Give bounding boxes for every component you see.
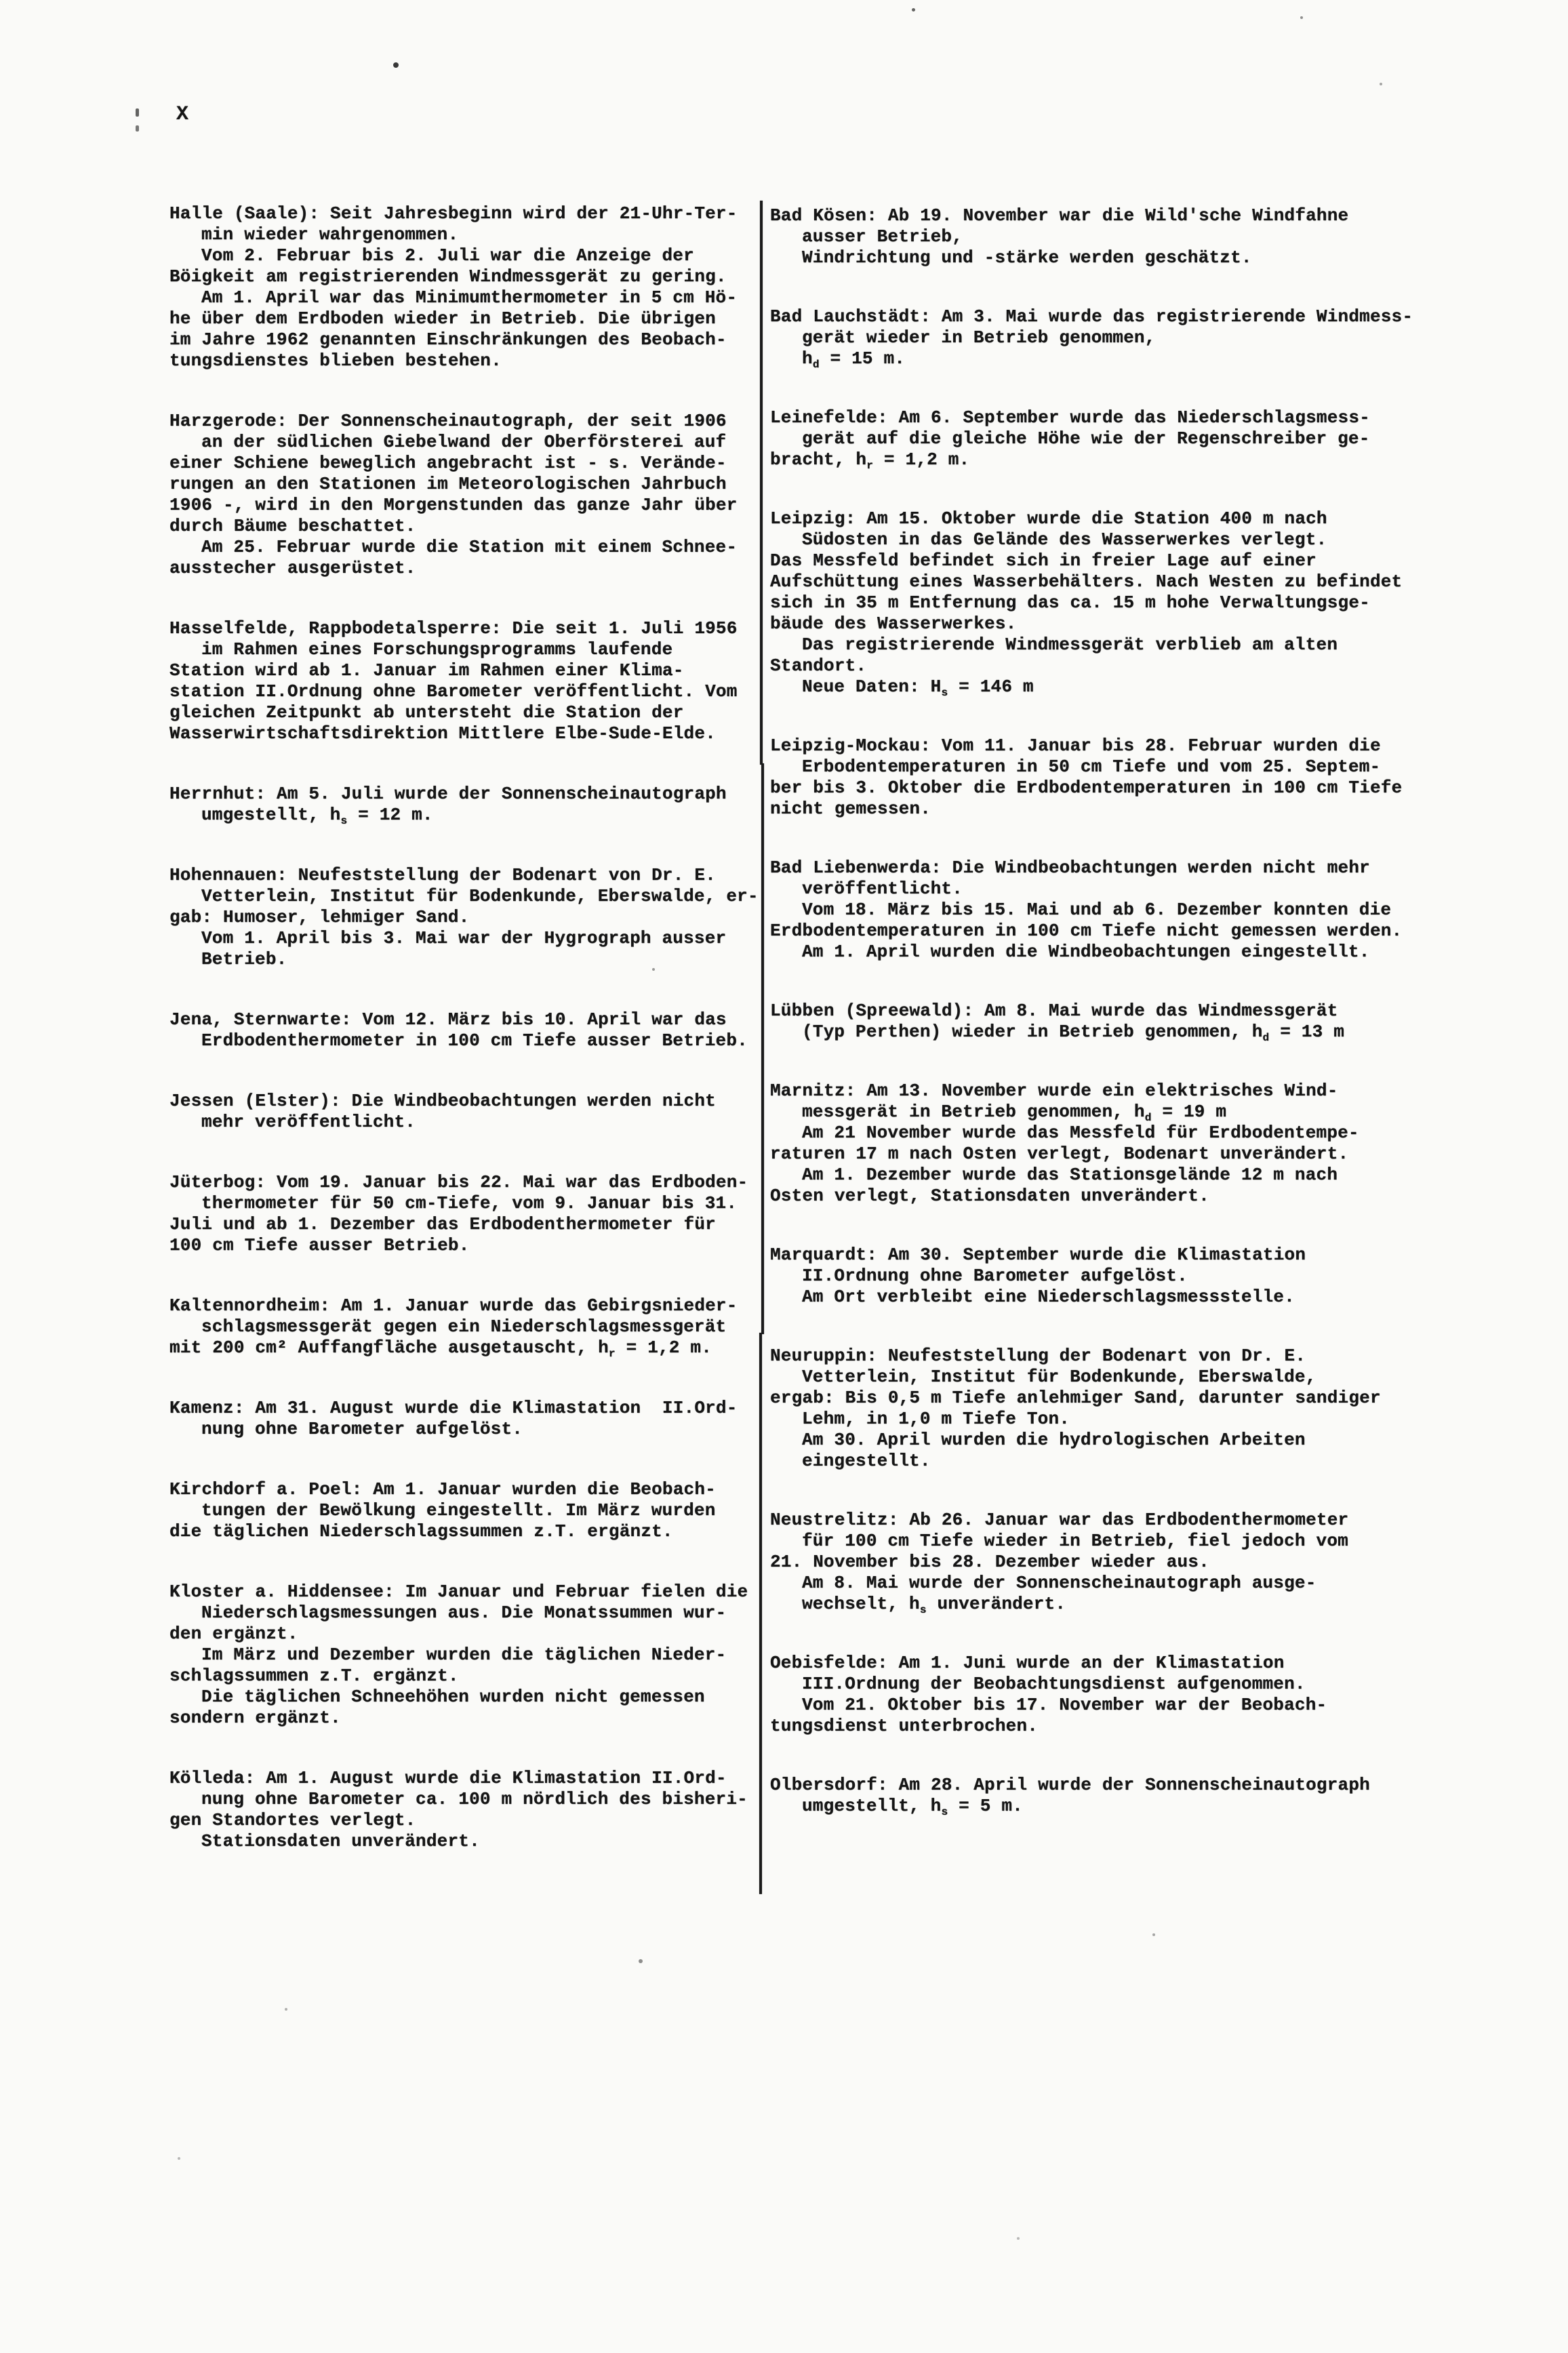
entry-line: Osten verlegt, Stationsdaten unverändert… bbox=[770, 1186, 1482, 1207]
entry-line: Das Messfeld befindet sich in freier Lag… bbox=[770, 550, 1482, 571]
entry-line: Leinefelde: Am 6. September wurde das Ni… bbox=[770, 407, 1482, 428]
entry-line: umgestellt, hs = 12 m. bbox=[169, 805, 766, 826]
scanned-page: X Halle (Saale): Seit Jahresbeginn wird … bbox=[0, 0, 1568, 2353]
entry-line: sondern ergänzt. bbox=[169, 1708, 766, 1729]
scan-speck bbox=[912, 8, 915, 12]
station-entry-marnitz: Marnitz: Am 13. November wurde ein elekt… bbox=[770, 1081, 1482, 1207]
entry-line: Am 21 November wurde das Messfeld für Er… bbox=[770, 1123, 1482, 1144]
entry-line: an der südlichen Giebelwand der Oberförs… bbox=[169, 432, 766, 453]
entry-line: gerät wieder in Betrieb genommen, bbox=[770, 327, 1482, 348]
station-entry-hohennauen: Hohennauen: Neufeststellung der Bodenart… bbox=[169, 865, 766, 970]
entry-line: Leipzig: Am 15. Oktober wurde die Statio… bbox=[770, 508, 1482, 529]
column-divider-line bbox=[760, 201, 763, 765]
entry-line: thermometer für 50 cm-Tiefe, vom 9. Janu… bbox=[169, 1193, 766, 1214]
entry-line: Die täglichen Schneehöhen wurden nicht g… bbox=[169, 1687, 766, 1708]
entry-line: Lehm, in 1,0 m Tiefe Ton. bbox=[770, 1409, 1482, 1430]
entry-line: Das registrierende Windmessgerät verblie… bbox=[770, 635, 1482, 656]
entry-line: durch Bäume beschattet. bbox=[169, 516, 766, 537]
entry-line: nung ohne Barometer ca. 100 m nördlich d… bbox=[169, 1789, 766, 1810]
entry-line: Erdbodentemperaturen in 100 cm Tiefe nic… bbox=[770, 921, 1482, 942]
entry-line: Am 25. Februar wurde die Station mit ein… bbox=[169, 537, 766, 558]
entry-line: schlagsmessgerät gegen ein Niederschlags… bbox=[169, 1316, 766, 1338]
station-entry-leinefelde: Leinefelde: Am 6. September wurde das Ni… bbox=[770, 407, 1482, 470]
entry-line: tungsdienstes blieben bestehen. bbox=[169, 350, 766, 371]
entry-line: messgerät in Betrieb genommen, hd = 19 m bbox=[770, 1102, 1482, 1123]
entry-line: nicht gemessen. bbox=[770, 799, 1482, 820]
entry-line: Marnitz: Am 13. November wurde ein elekt… bbox=[770, 1081, 1482, 1102]
entry-line: Bad Liebenwerda: Die Windbeobachtungen w… bbox=[770, 858, 1482, 879]
entry-line: im Jahre 1962 genannten Einschränkungen … bbox=[169, 329, 766, 350]
station-entry-neustrelitz: Neustrelitz: Ab 26. Januar war das Erdbo… bbox=[770, 1510, 1482, 1615]
entry-line: veröffentlicht. bbox=[770, 879, 1482, 900]
station-entry-k-lleda: Kölleda: Am 1. August wurde die Klimasta… bbox=[169, 1768, 766, 1852]
station-entry-bad-k-sen: Bad Kösen: Ab 19. November war die Wild'… bbox=[770, 205, 1482, 268]
entry-line: Am 8. Mai wurde der Sonnenscheinautograp… bbox=[770, 1573, 1482, 1594]
entry-line: ausser Betrieb, bbox=[770, 226, 1482, 247]
scan-speck bbox=[136, 108, 139, 117]
scan-speck bbox=[285, 2008, 287, 2011]
entry-line: hd = 15 m. bbox=[770, 348, 1482, 369]
entry-line: Leipzig-Mockau: Vom 11. Januar bis 28. F… bbox=[770, 736, 1482, 757]
entry-line: rungen an den Stationen im Meteorologisc… bbox=[169, 474, 766, 495]
station-entry-marquardt: Marquardt: Am 30. September wurde die Kl… bbox=[770, 1245, 1482, 1308]
entry-line: Harzgerode: Der Sonnenscheinautograph, d… bbox=[169, 411, 766, 432]
entry-line: Bad Kösen: Ab 19. November war die Wild'… bbox=[770, 205, 1482, 226]
entry-line: tungsdienst unterbrochen. bbox=[770, 1716, 1482, 1737]
entry-line: einer Schiene beweglich angebracht ist -… bbox=[169, 453, 766, 474]
entry-line: Am 30. April wurden die hydrologischen A… bbox=[770, 1430, 1482, 1451]
entry-line: 1906 -, wird in den Morgenstunden das ga… bbox=[169, 495, 766, 516]
station-entry-kamenz: Kamenz: Am 31. August wurde die Klimasta… bbox=[169, 1398, 766, 1440]
station-entry-hasselfelde-rappbodetalsperre: Hasselfelde, Rappbodetalsperre: Die seit… bbox=[169, 618, 766, 744]
column-divider-line bbox=[761, 763, 764, 1334]
scan-speck bbox=[841, 235, 843, 238]
entry-line: mit 200 cm² Auffangfläche ausgetauscht, … bbox=[169, 1338, 766, 1359]
entry-line: Kaltennordheim: Am 1. Januar wurde das G… bbox=[169, 1295, 766, 1316]
entry-line: ergab: Bis 0,5 m Tiefe anlehmiger Sand, … bbox=[770, 1388, 1482, 1409]
entry-line: die täglichen Niederschlagssummen z.T. e… bbox=[169, 1521, 766, 1542]
entry-line: ber bis 3. Oktober die Erdbodentemperatu… bbox=[770, 778, 1482, 799]
station-entry-neuruppin: Neuruppin: Neufeststellung der Bodenart … bbox=[770, 1346, 1482, 1472]
entry-line: gerät auf die gleiche Höhe wie der Regen… bbox=[770, 428, 1482, 449]
station-entry-leipzig: Leipzig: Am 15. Oktober wurde die Statio… bbox=[770, 508, 1482, 698]
scan-speck bbox=[1300, 16, 1303, 19]
entry-line: tungen der Bewölkung eingestellt. Im Mär… bbox=[169, 1500, 766, 1521]
station-entry-bad-lauchst-dt: Bad Lauchstädt: Am 3. Mai wurde das regi… bbox=[770, 306, 1482, 369]
entry-line: Jena, Sternwarte: Vom 12. März bis 10. A… bbox=[169, 1009, 766, 1030]
entry-line: Böigkeit am registrierenden Windmessgerä… bbox=[169, 266, 766, 287]
station-entry-kloster-a-hiddensee: Kloster a. Hiddensee: Im Januar und Febr… bbox=[169, 1582, 766, 1729]
entry-line: he über dem Erdboden wieder in Betrieb. … bbox=[169, 308, 766, 329]
entry-line: Halle (Saale): Seit Jahresbeginn wird de… bbox=[169, 203, 766, 224]
scan-speck bbox=[136, 125, 139, 132]
station-entry-kaltennordheim: Kaltennordheim: Am 1. Januar wurde das G… bbox=[169, 1295, 766, 1359]
scan-speck bbox=[393, 62, 399, 68]
right-column: Bad Kösen: Ab 19. November war die Wild'… bbox=[770, 205, 1482, 1855]
page-number: X bbox=[176, 103, 188, 126]
entry-line: station II.Ordnung ohne Barometer veröff… bbox=[169, 681, 766, 702]
station-entry-j-terbog: Jüterbog: Vom 19. Januar bis 22. Mai war… bbox=[169, 1172, 766, 1256]
entry-line: Kloster a. Hiddensee: Im Januar und Febr… bbox=[169, 1582, 766, 1603]
scan-speck bbox=[1152, 1933, 1155, 1936]
entry-line: Vom 21. Oktober bis 17. November war der… bbox=[770, 1695, 1482, 1716]
entry-line: Im März und Dezember wurden die tägliche… bbox=[169, 1645, 766, 1666]
entry-line: umgestellt, hs = 5 m. bbox=[770, 1796, 1482, 1817]
entry-line: Am 1. April wurden die Windbeobachtungen… bbox=[770, 942, 1482, 963]
station-entry-leipzig-mockau: Leipzig-Mockau: Vom 11. Januar bis 28. F… bbox=[770, 736, 1482, 820]
entry-line: Neuruppin: Neufeststellung der Bodenart … bbox=[770, 1346, 1482, 1367]
left-column: Halle (Saale): Seit Jahresbeginn wird de… bbox=[169, 203, 766, 1891]
entry-line: min wieder wahrgenommen. bbox=[169, 224, 766, 245]
entry-line: Neustrelitz: Ab 26. Januar war das Erdbo… bbox=[770, 1510, 1482, 1531]
entry-line: 21. November bis 28. Dezember wieder aus… bbox=[770, 1552, 1482, 1573]
entry-line: Vom 18. März bis 15. Mai und ab 6. Dezem… bbox=[770, 900, 1482, 921]
station-entry-jena-sternwarte: Jena, Sternwarte: Vom 12. März bis 10. A… bbox=[169, 1009, 766, 1051]
entry-line: Herrnhut: Am 5. Juli wurde der Sonnensch… bbox=[169, 784, 766, 805]
station-entry-herrnhut: Herrnhut: Am 5. Juli wurde der Sonnensch… bbox=[169, 784, 766, 826]
entry-line: Vetterlein, Institut für Bodenkunde, Ebe… bbox=[169, 886, 766, 907]
entry-line: sich in 35 m Entfernung das ca. 15 m hoh… bbox=[770, 592, 1482, 614]
entry-line: raturen 17 m nach Osten verlegt, Bodenar… bbox=[770, 1144, 1482, 1165]
station-entry-bad-liebenwerda: Bad Liebenwerda: Die Windbeobachtungen w… bbox=[770, 858, 1482, 963]
entry-line: Lübben (Spreewald): Am 8. Mai wurde das … bbox=[770, 1001, 1482, 1022]
station-entry-jessen-elster: Jessen (Elster): Die Windbeobachtungen w… bbox=[169, 1091, 766, 1133]
scan-speck bbox=[1380, 83, 1382, 85]
entry-line: Kirchdorf a. Poel: Am 1. Januar wurden d… bbox=[169, 1479, 766, 1500]
entry-line: Bad Lauchstädt: Am 3. Mai wurde das regi… bbox=[770, 306, 1482, 327]
entry-line: Windrichtung und -stärke werden geschätz… bbox=[770, 247, 1482, 268]
entry-line: wechselt, hs unverändert. bbox=[770, 1594, 1482, 1615]
entry-line: 100 cm Tiefe ausser Betrieb. bbox=[169, 1235, 766, 1256]
entry-line: Neue Daten: Hs = 146 m bbox=[770, 677, 1482, 698]
entry-line: Südosten in das Gelände des Wasserwerkes… bbox=[770, 529, 1482, 550]
entry-line: nung ohne Barometer aufgelöst. bbox=[169, 1419, 766, 1440]
entry-line: Kamenz: Am 31. August wurde die Klimasta… bbox=[169, 1398, 766, 1419]
entry-line: Vom 2. Februar bis 2. Juli war die Anzei… bbox=[169, 245, 766, 266]
station-entry-l-bben-spreewald: Lübben (Spreewald): Am 8. Mai wurde das … bbox=[770, 1001, 1482, 1043]
entry-line: Hohennauen: Neufeststellung der Bodenart… bbox=[169, 865, 766, 886]
entry-line: gen Standortes verlegt. bbox=[169, 1810, 766, 1831]
entry-line: III.Ordnung der Beobachtungsdienst aufge… bbox=[770, 1674, 1482, 1695]
entry-line: Olbersdorf: Am 28. April wurde der Sonne… bbox=[770, 1775, 1482, 1796]
entry-line: für 100 cm Tiefe wieder in Betrieb, fiel… bbox=[770, 1531, 1482, 1552]
entry-line: Am 1. Dezember wurde das Stationsgelände… bbox=[770, 1165, 1482, 1186]
station-entry-oebisfelde: Oebisfelde: Am 1. Juni wurde an der Klim… bbox=[770, 1653, 1482, 1737]
scan-speck bbox=[639, 1959, 643, 1963]
entry-line: schlagssummen z.T. ergänzt. bbox=[169, 1666, 766, 1687]
entry-line: Oebisfelde: Am 1. Juni wurde an der Klim… bbox=[770, 1653, 1482, 1674]
entry-line: Niederschlagsmessungen aus. Die Monatssu… bbox=[169, 1603, 766, 1624]
entry-line: Vom 1. April bis 3. Mai war der Hygrogra… bbox=[169, 928, 766, 949]
entry-line: mehr veröffentlicht. bbox=[169, 1112, 766, 1133]
entry-line: Wasserwirtschaftsdirektion Mittlere Elbe… bbox=[169, 723, 766, 744]
station-entry-kirchdorf-a-poel: Kirchdorf a. Poel: Am 1. Januar wurden d… bbox=[169, 1479, 766, 1542]
entry-line: eingestellt. bbox=[770, 1451, 1482, 1472]
column-divider-line bbox=[759, 1333, 762, 1894]
entry-line: im Rahmen eines Forschungsprogramms lauf… bbox=[169, 639, 766, 660]
entry-line: Hasselfelde, Rappbodetalsperre: Die seit… bbox=[169, 618, 766, 639]
entry-line: (Typ Perthen) wieder in Betrieb genommen… bbox=[770, 1022, 1482, 1043]
entry-line: Vetterlein, Institut für Bodenkunde, Ebe… bbox=[770, 1367, 1482, 1388]
entry-line: Kölleda: Am 1. August wurde die Klimasta… bbox=[169, 1768, 766, 1789]
entry-line: gab: Humoser, lehmiger Sand. bbox=[169, 907, 766, 928]
station-entry-halle-saale: Halle (Saale): Seit Jahresbeginn wird de… bbox=[169, 203, 766, 371]
entry-line: bracht, hr = 1,2 m. bbox=[770, 449, 1482, 470]
station-entry-harzgerode: Harzgerode: Der Sonnenscheinautograph, d… bbox=[169, 411, 766, 579]
entry-line: Station wird ab 1. Januar im Rahmen eine… bbox=[169, 660, 766, 681]
entry-line: den ergänzt. bbox=[169, 1624, 766, 1645]
entry-line: Jüterbog: Vom 19. Januar bis 22. Mai war… bbox=[169, 1172, 766, 1193]
entry-line: Am Ort verbleibt eine Niederschlagsmesss… bbox=[770, 1287, 1482, 1308]
entry-line: gleichen Zeitpunkt ab untersteht die Sta… bbox=[169, 702, 766, 723]
entry-line: Marquardt: Am 30. September wurde die Kl… bbox=[770, 1245, 1482, 1266]
scan-speck bbox=[1017, 2237, 1020, 2240]
entry-line: Erdbodenthermometer in 100 cm Tiefe auss… bbox=[169, 1030, 766, 1051]
scan-speck bbox=[178, 2157, 180, 2160]
entry-line: Jessen (Elster): Die Windbeobachtungen w… bbox=[169, 1091, 766, 1112]
entry-line: Aufschüttung eines Wasserbehälters. Nach… bbox=[770, 571, 1482, 592]
entry-line: Juli und ab 1. Dezember das Erdbodenther… bbox=[169, 1214, 766, 1235]
entry-line: Erbodentemperaturen in 50 cm Tiefe und v… bbox=[770, 757, 1482, 778]
entry-line: Standort. bbox=[770, 656, 1482, 677]
entry-line: II.Ordnung ohne Barometer aufgelöst. bbox=[770, 1266, 1482, 1287]
entry-line: Betrieb. bbox=[169, 949, 766, 970]
entry-line: Stationsdaten unverändert. bbox=[169, 1831, 766, 1852]
entry-line: ausstecher ausgerüstet. bbox=[169, 558, 766, 579]
scan-speck bbox=[652, 968, 655, 971]
entry-line: bäude des Wasserwerkes. bbox=[770, 614, 1482, 635]
entry-line: Am 1. April war das Minimumthermometer i… bbox=[169, 287, 766, 308]
station-entry-olbersdorf: Olbersdorf: Am 28. April wurde der Sonne… bbox=[770, 1775, 1482, 1817]
